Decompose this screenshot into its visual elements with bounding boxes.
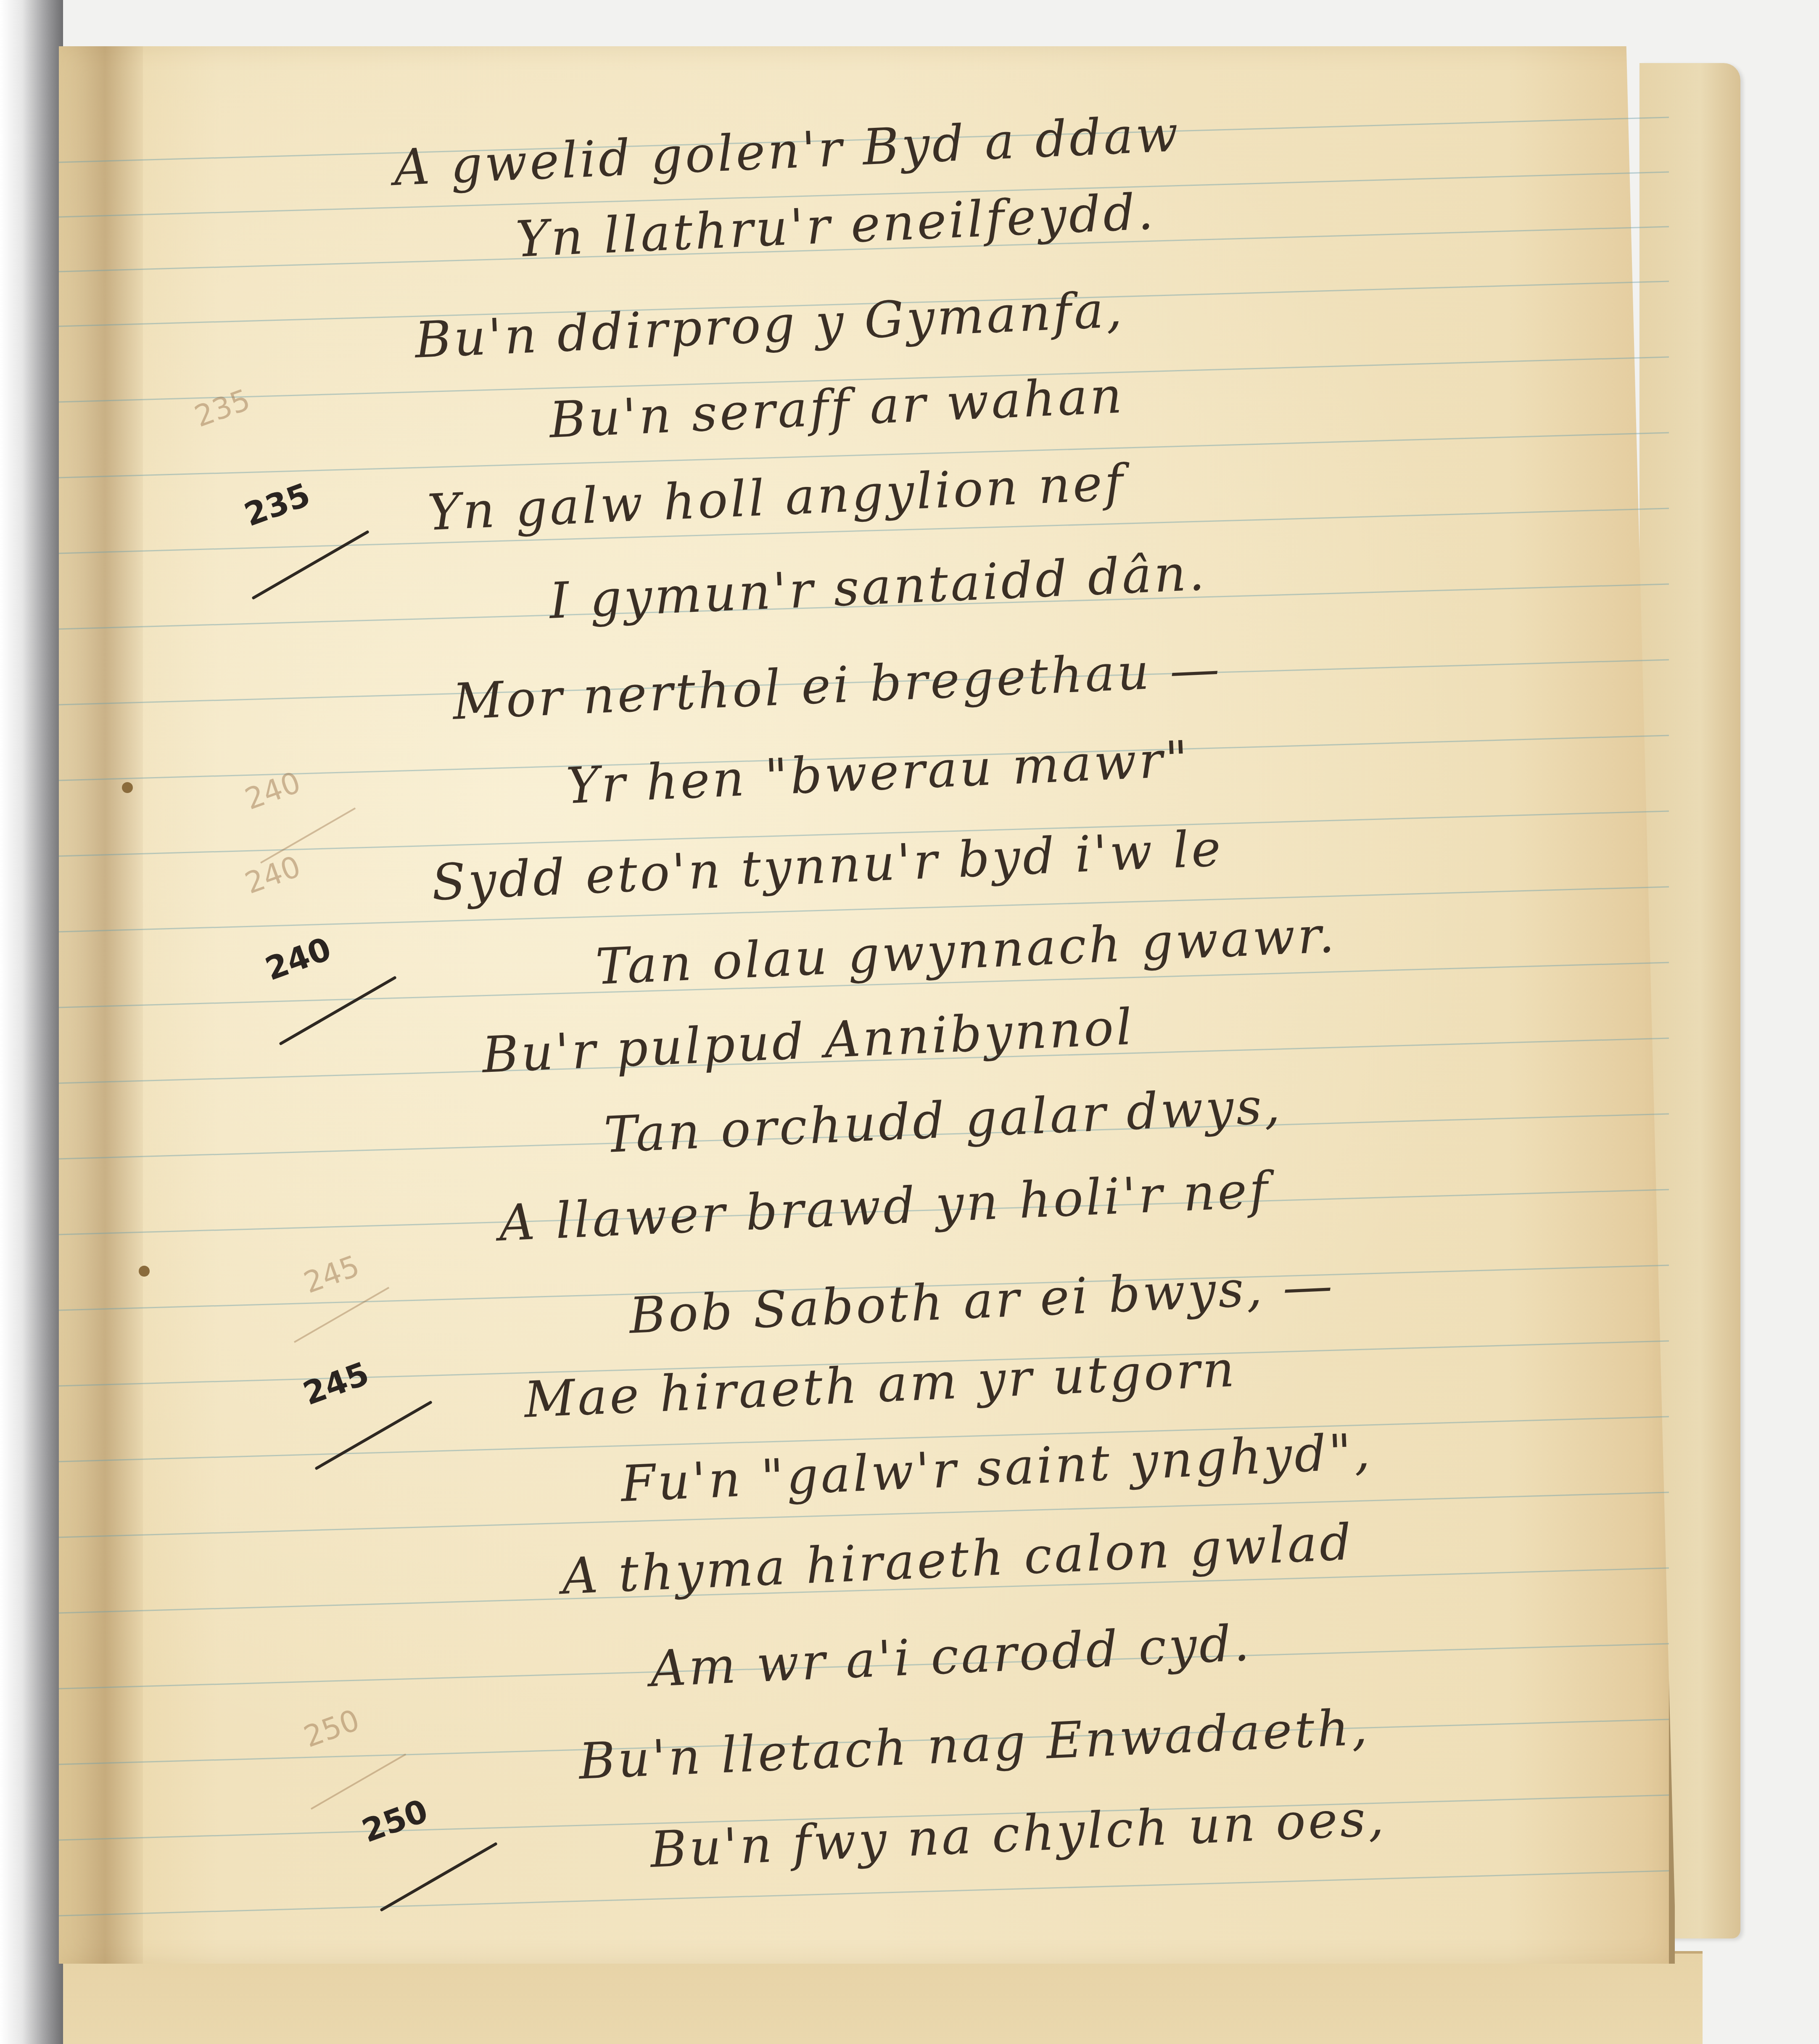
scanner-edge-shadow <box>0 0 63 2044</box>
